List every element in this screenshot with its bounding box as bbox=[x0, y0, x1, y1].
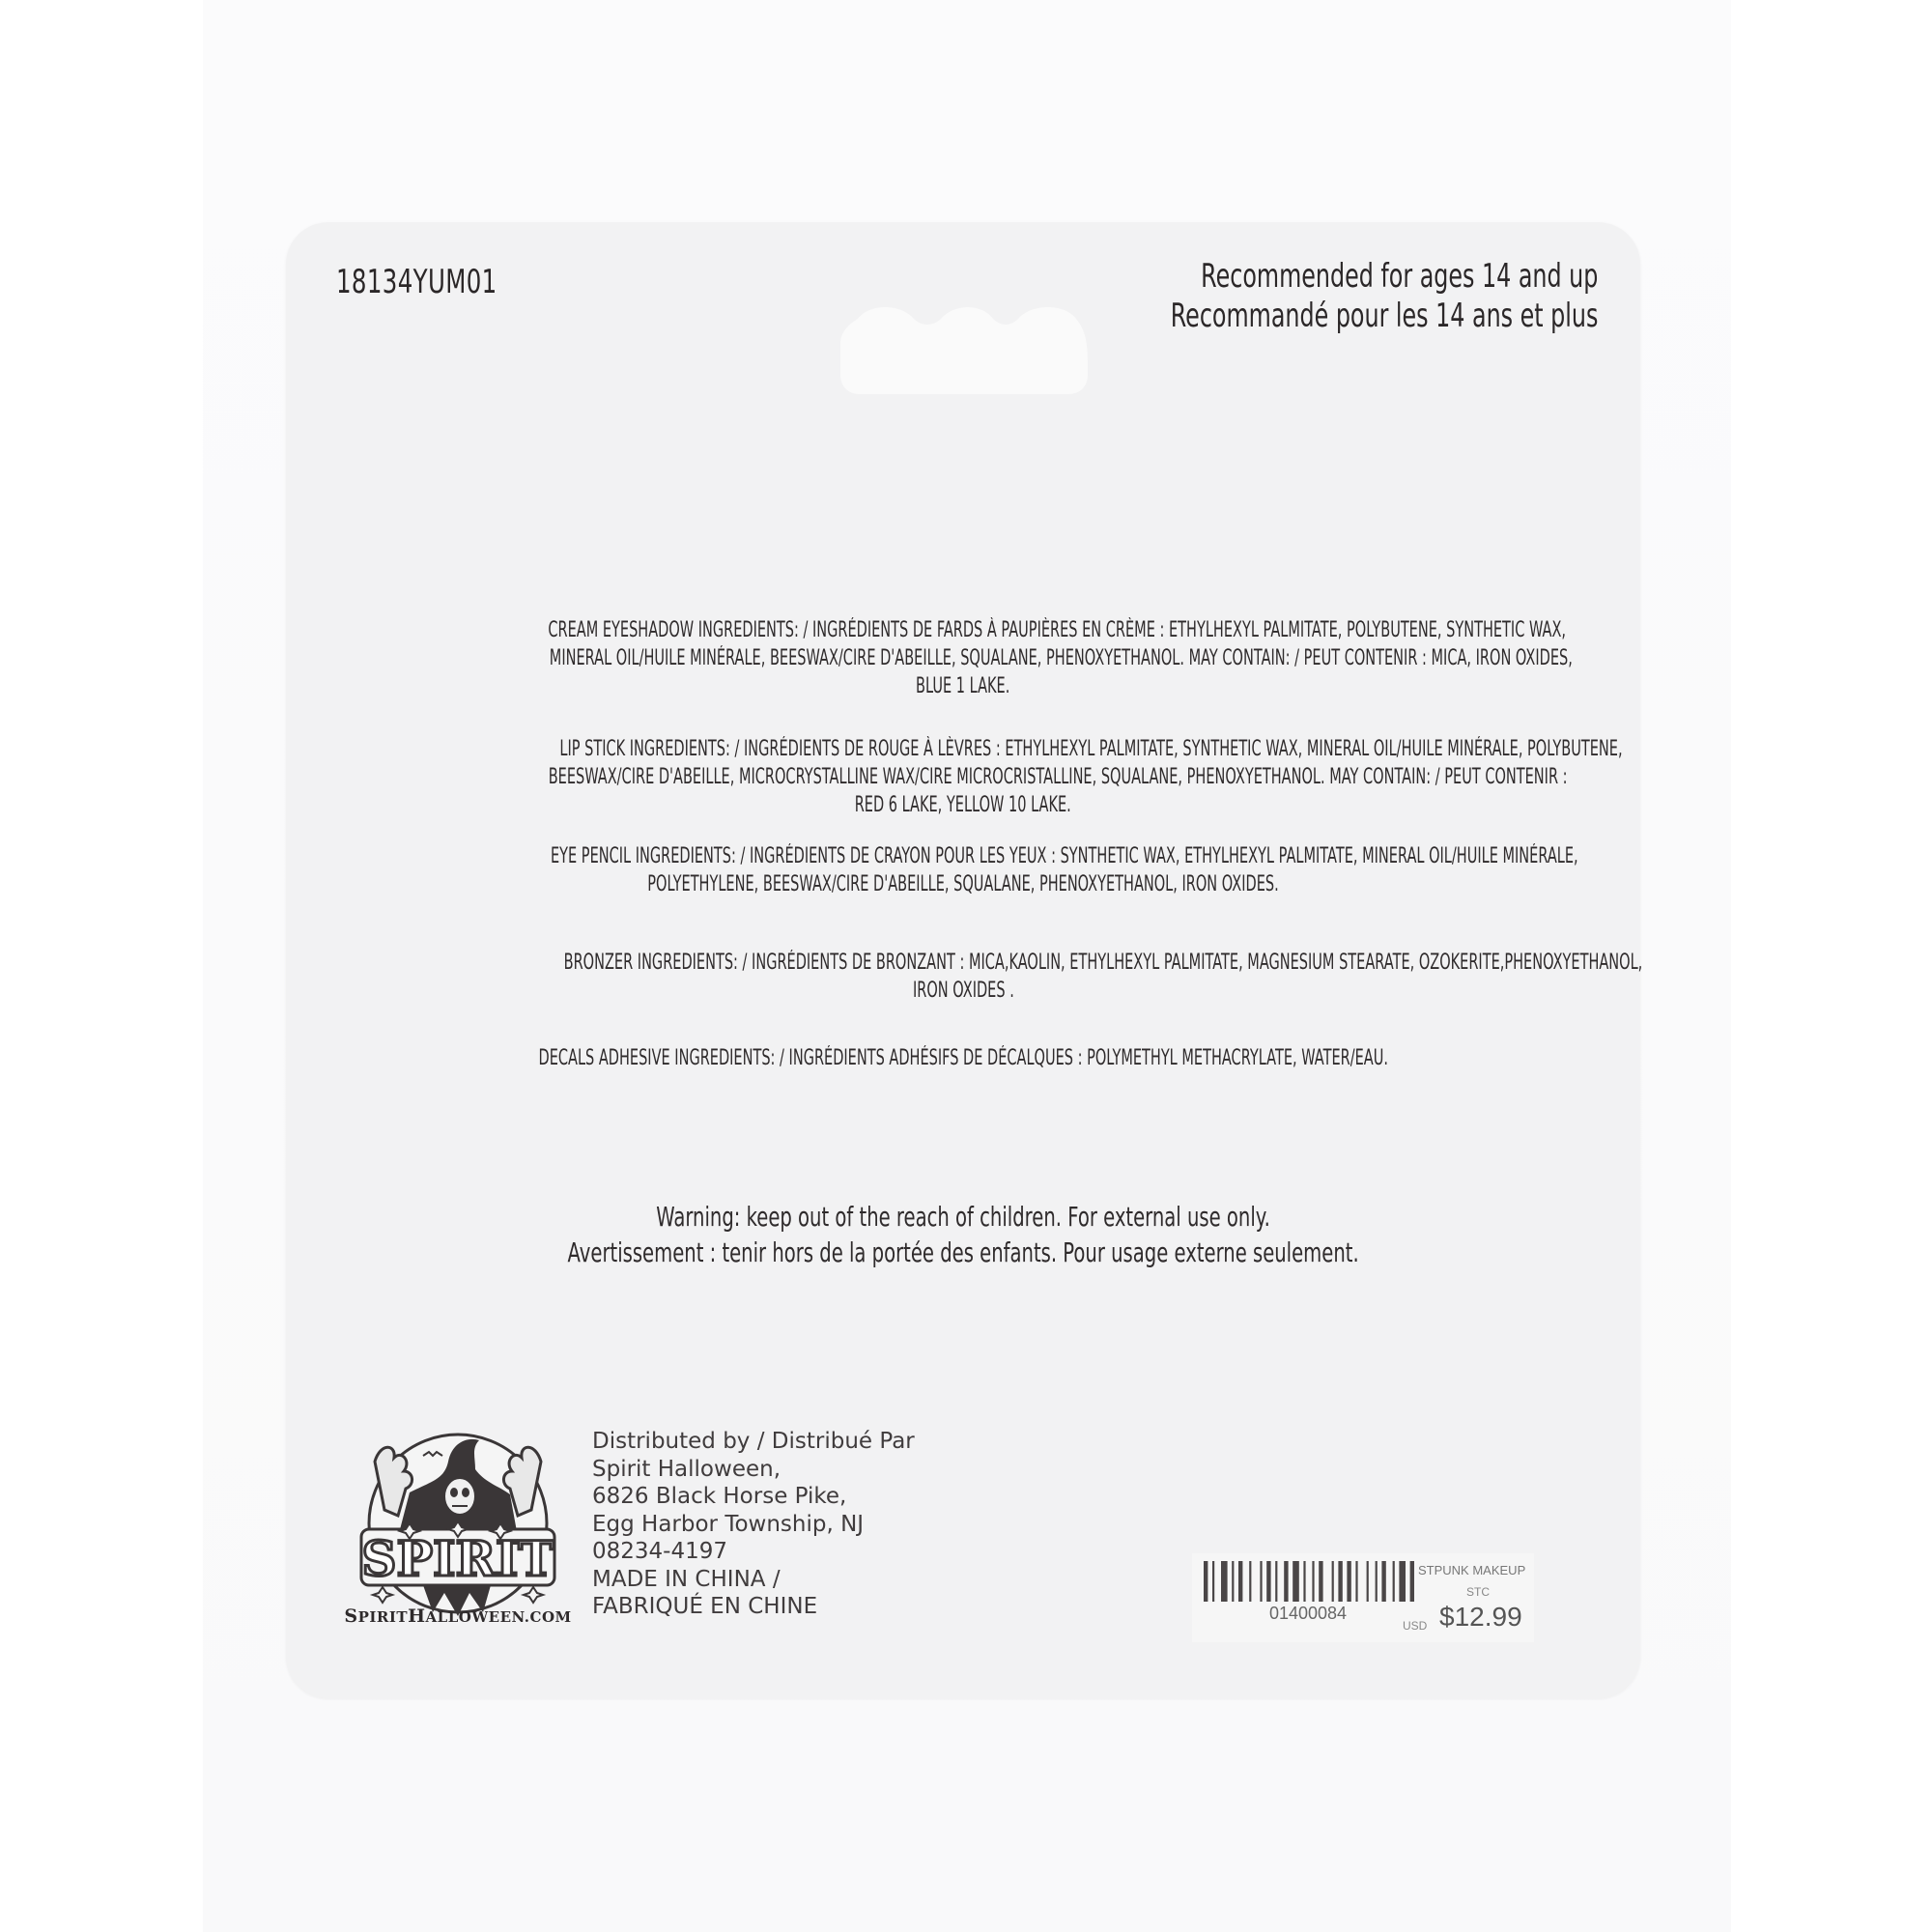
ingredient-line: BRONZER INGREDIENTS: / INGRÉDIENTS DE BR… bbox=[564, 949, 1643, 977]
eye-pencil-ingredients: EYE PENCIL INGREDIENTS: / INGRÉDIENTS DE… bbox=[286, 842, 1640, 898]
currency-label: USD bbox=[1403, 1619, 1427, 1633]
distributor-line: Spirit Halloween, bbox=[592, 1456, 915, 1484]
distributor-line: Distributed by / Distribué Par bbox=[592, 1428, 915, 1456]
reaper-logo-icon: SPIRIT bbox=[355, 1423, 560, 1626]
barcode-icon bbox=[1204, 1561, 1416, 1602]
warning-text: Warning: keep out of the reach of childr… bbox=[286, 1199, 1640, 1270]
ingredient-line: BLUE 1 LAKE. bbox=[916, 672, 1009, 700]
svg-text:SPIRIT: SPIRIT bbox=[361, 1530, 554, 1587]
distributor-line: Egg Harbor Township, NJ bbox=[592, 1511, 915, 1539]
age-recommendation-en: Recommended for ages 14 and up bbox=[1170, 257, 1598, 297]
ingredient-line: EYE PENCIL INGREDIENTS: / INGRÉDIENTS DE… bbox=[551, 842, 1578, 870]
age-recommendation: Recommended for ages 14 and up Recommand… bbox=[987, 257, 1598, 336]
ingredient-line: BEESWAX/CIRE D'ABEILLE, MICROCRYSTALLINE… bbox=[549, 763, 1568, 791]
warning-fr: Avertissement : tenir hors de la portée … bbox=[567, 1235, 1358, 1270]
spirit-halloween-logo: SPIRIT bbox=[355, 1423, 560, 1626]
distributor-line: 08234-4197 bbox=[592, 1538, 915, 1566]
decals-adhesive-ingredients: DECALS ADHESIVE INGREDIENTS: / INGRÉDIEN… bbox=[286, 1044, 1640, 1072]
ingredient-line: MINERAL OIL/HUILE MINÉRALE, BEESWAX/CIRE… bbox=[550, 644, 1573, 672]
distributor-info: Distributed by / Distribué Par Spirit Ha… bbox=[592, 1428, 915, 1621]
distributor-line: FABRIQUÉ EN CHINE bbox=[592, 1593, 915, 1621]
cream-eyeshadow-ingredients: CREAM EYESHADOW INGREDIENTS: / INGRÉDIEN… bbox=[286, 616, 1640, 700]
product-code: STC bbox=[1466, 1585, 1490, 1599]
warning-en: Warning: keep out of the reach of childr… bbox=[656, 1199, 1270, 1235]
ingredient-line: POLYETHYLENE, BEESWAX/CIRE D'ABEILLE, SQ… bbox=[647, 870, 1278, 898]
sku-code: 18134YUM01 bbox=[336, 263, 497, 301]
packaging-card-back: 18134YUM01 Recommended for ages 14 and u… bbox=[286, 222, 1640, 1698]
ingredient-line: IRON OXIDES . bbox=[913, 977, 1014, 1005]
age-recommendation-fr: Recommandé pour les 14 ans et plus bbox=[1170, 297, 1598, 336]
ingredient-line: CREAM EYESHADOW INGREDIENTS: / INGRÉDIEN… bbox=[548, 616, 1566, 644]
barcode-number: 01400084 bbox=[1240, 1604, 1376, 1624]
ingredient-line: RED 6 LAKE, YELLOW 10 LAKE. bbox=[855, 791, 1071, 819]
distributor-line: 6826 Black Horse Pike, bbox=[592, 1483, 915, 1511]
product-name: STPUNK MAKEUP bbox=[1418, 1563, 1525, 1577]
bronzer-ingredients: BRONZER INGREDIENTS: / INGRÉDIENTS DE BR… bbox=[286, 949, 1640, 1005]
ingredient-line: LIP STICK INGREDIENTS: / INGRÉDIENTS DE … bbox=[559, 735, 1622, 763]
ingredient-line: DECALS ADHESIVE INGREDIENTS: / INGRÉDIEN… bbox=[538, 1044, 1387, 1072]
distributor-line: MADE IN CHINA / bbox=[592, 1566, 915, 1594]
price-value: $12.99 bbox=[1439, 1602, 1522, 1633]
lip-stick-ingredients: LIP STICK INGREDIENTS: / INGRÉDIENTS DE … bbox=[286, 735, 1640, 819]
website-url: SPIRITHALLOWEEN.COM bbox=[342, 1605, 574, 1627]
price-sticker: 01400084 STPUNK MAKEUP STC USD $12.99 bbox=[1192, 1553, 1534, 1642]
